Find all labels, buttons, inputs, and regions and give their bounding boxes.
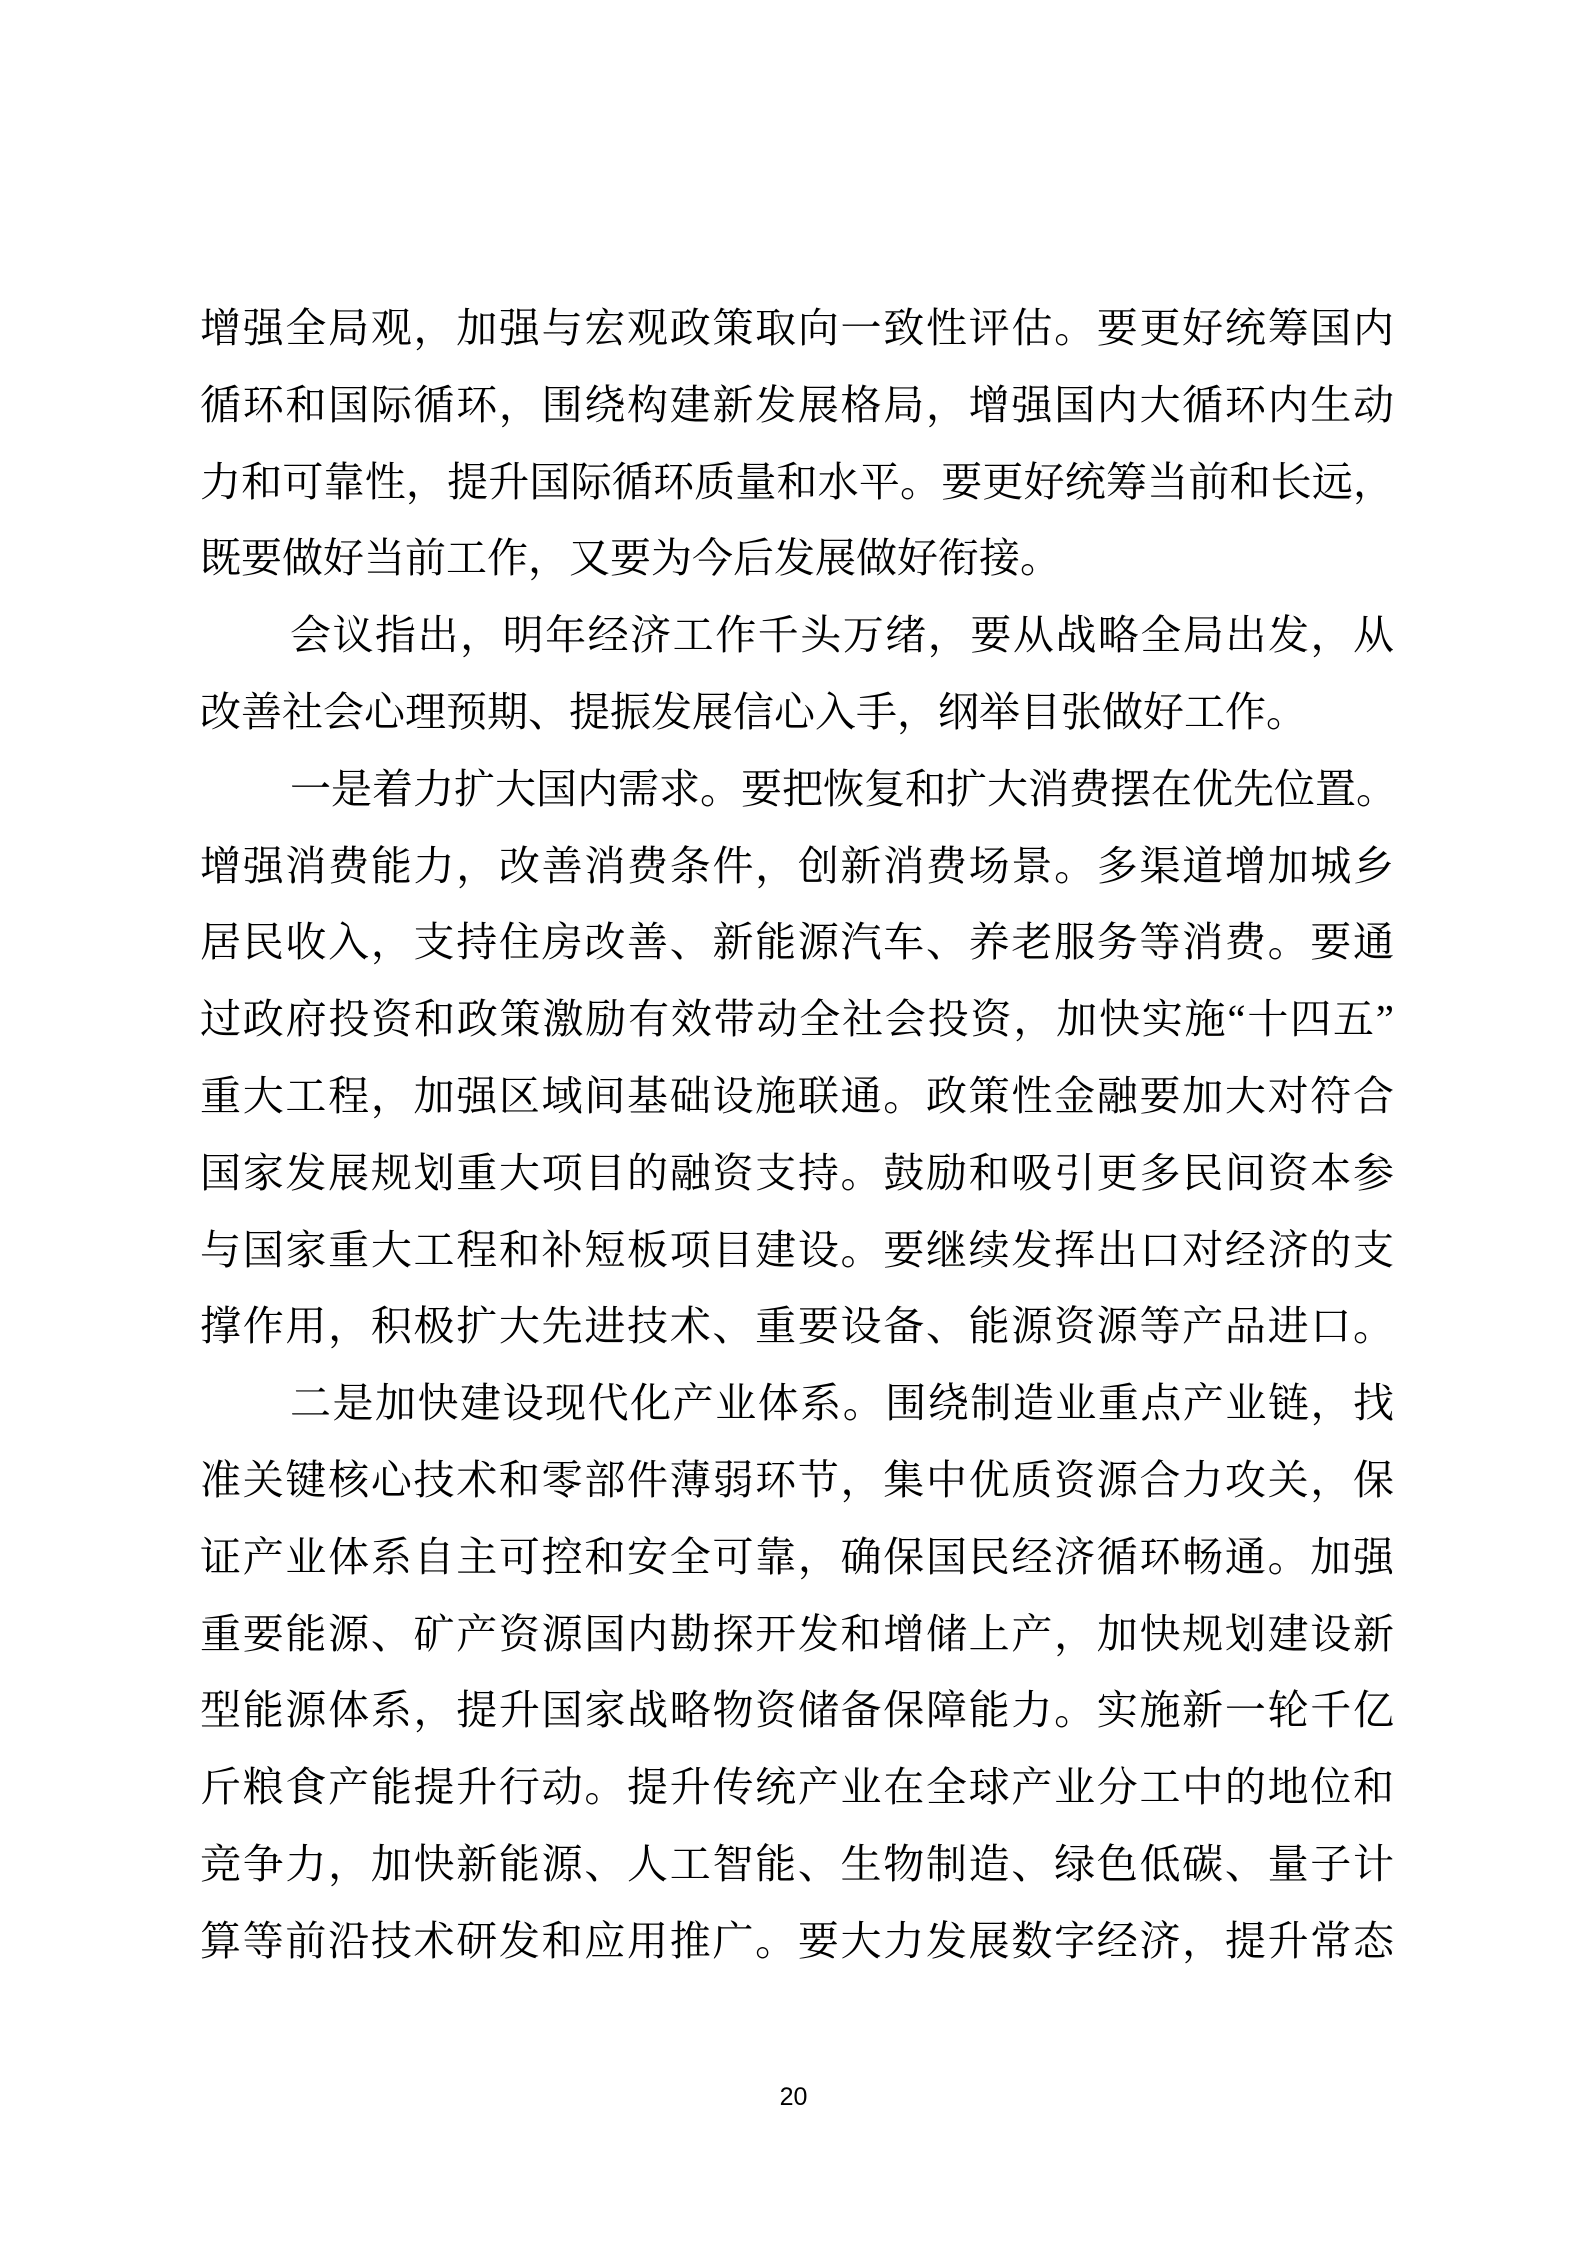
text-line: 会议指出，明年经济工作千头万绪，要从战略全局出发，从 <box>200 597 1394 674</box>
text-line: 重大工程，加强区域间基础设施联通。政策性金融要加大对符合 <box>200 1058 1394 1135</box>
page-number: 20 <box>0 2082 1587 2112</box>
text-line: 循环和国际循环，围绕构建新发展格局，增强国内大循环内生动 <box>200 367 1394 444</box>
text-line: 一是着力扩大国内需求。要把恢复和扩大消费摆在优先位置。 <box>200 751 1394 828</box>
text-line: 增强消费能力，改善消费条件，创新消费场景。多渠道增加城乡 <box>200 828 1394 905</box>
text-line: 力和可靠性，提升国际循环质量和水平。要更好统筹当前和长远， <box>200 444 1394 521</box>
text-line: 撑作用，积极扩大先进技术、重要设备、能源资源等产品进口。 <box>200 1288 1394 1365</box>
text-line: 居民收入，支持住房改善、新能源汽车、养老服务等消费。要通 <box>200 904 1394 981</box>
text-line: 重要能源、矿产资源国内勘探开发和增储上产，加快规划建设新 <box>200 1596 1394 1673</box>
text-line: 改善社会心理预期、提振发展信心入手，纲举目张做好工作。 <box>200 674 1394 751</box>
text-line: 与国家重大工程和补短板项目建设。要继续发挥出口对经济的支 <box>200 1212 1394 1289</box>
document-page: 增强全局观，加强与宏观政策取向一致性评估。要更好统筹国内循环和国际循环，围绕构建… <box>0 0 1587 2245</box>
text-line: 准关键核心技术和零部件薄弱环节，集中优质资源合力攻关，保 <box>200 1442 1394 1519</box>
text-line: 过政府投资和政策激励有效带动全社会投资，加快实施“十四五” <box>200 981 1394 1058</box>
document-body: 增强全局观，加强与宏观政策取向一致性评估。要更好统筹国内循环和国际循环，围绕构建… <box>200 290 1394 1980</box>
text-line: 斤粮食产能提升行动。提升传统产业在全球产业分工中的地位和 <box>200 1749 1394 1826</box>
text-line: 增强全局观，加强与宏观政策取向一致性评估。要更好统筹国内 <box>200 290 1394 367</box>
text-line: 型能源体系，提升国家战略物资储备保障能力。实施新一轮千亿 <box>200 1672 1394 1749</box>
text-line: 算等前沿技术研发和应用推广。要大力发展数字经济，提升常态 <box>200 1903 1394 1980</box>
text-line: 既要做好当前工作，又要为今后发展做好衔接。 <box>200 520 1394 597</box>
text-line: 证产业体系自主可控和安全可靠，确保国民经济循环畅通。加强 <box>200 1519 1394 1596</box>
text-line: 国家发展规划重大项目的融资支持。鼓励和吸引更多民间资本参 <box>200 1135 1394 1212</box>
text-line: 竞争力，加快新能源、人工智能、生物制造、绿色低碳、量子计 <box>200 1826 1394 1903</box>
text-line: 二是加快建设现代化产业体系。围绕制造业重点产业链，找 <box>200 1365 1394 1442</box>
